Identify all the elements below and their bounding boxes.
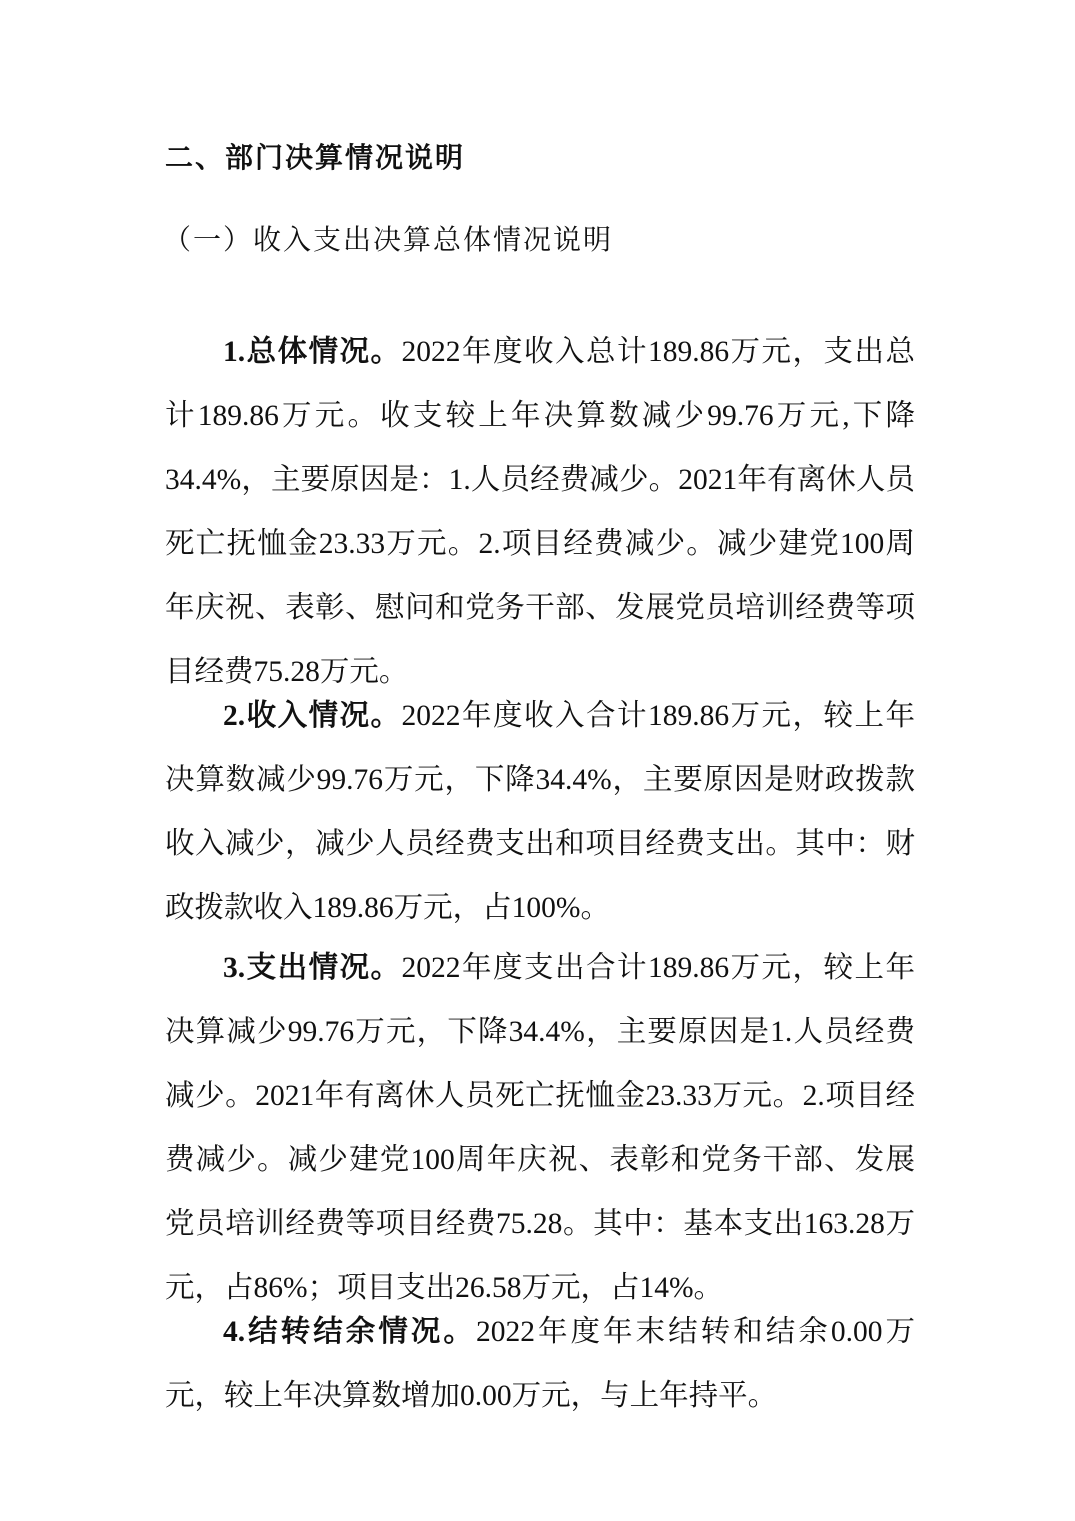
section-heading: 二、部门决算情况说明	[165, 136, 465, 176]
paragraph-carryover: 4.结转结余情况。2022年度年末结转和结余0.00万元，较上年决算数增加0.0…	[165, 1300, 915, 1428]
paragraph-overall: 1.总体情况。2022年度收入总计189.86万元，支出总计189.86万元。收…	[165, 320, 915, 704]
paragraph-lead: 4.结转结余情况。	[223, 1316, 476, 1348]
paragraph-body: 2022年度收入合计189.86万元，较上年决算数减少99.76万元，下降34.…	[165, 700, 915, 924]
paragraph-lead: 2.收入情况。	[223, 700, 402, 732]
paragraph-income: 2.收入情况。2022年度收入合计189.86万元，较上年决算数减少99.76万…	[165, 684, 915, 940]
paragraph-lead: 3.支出情况。	[223, 952, 402, 984]
paragraph-body: 2022年度收入总计189.86万元，支出总计189.86万元。收支较上年决算数…	[165, 336, 915, 688]
paragraph-body: 2022年度支出合计189.86万元，较上年决算减少99.76万元，下降34.4…	[165, 952, 915, 1304]
paragraph-expenditure: 3.支出情况。2022年度支出合计189.86万元，较上年决算减少99.76万元…	[165, 936, 915, 1320]
paragraph-lead: 1.总体情况。	[223, 336, 402, 368]
subsection-heading: （一）收入支出决算总体情况说明	[163, 218, 613, 258]
